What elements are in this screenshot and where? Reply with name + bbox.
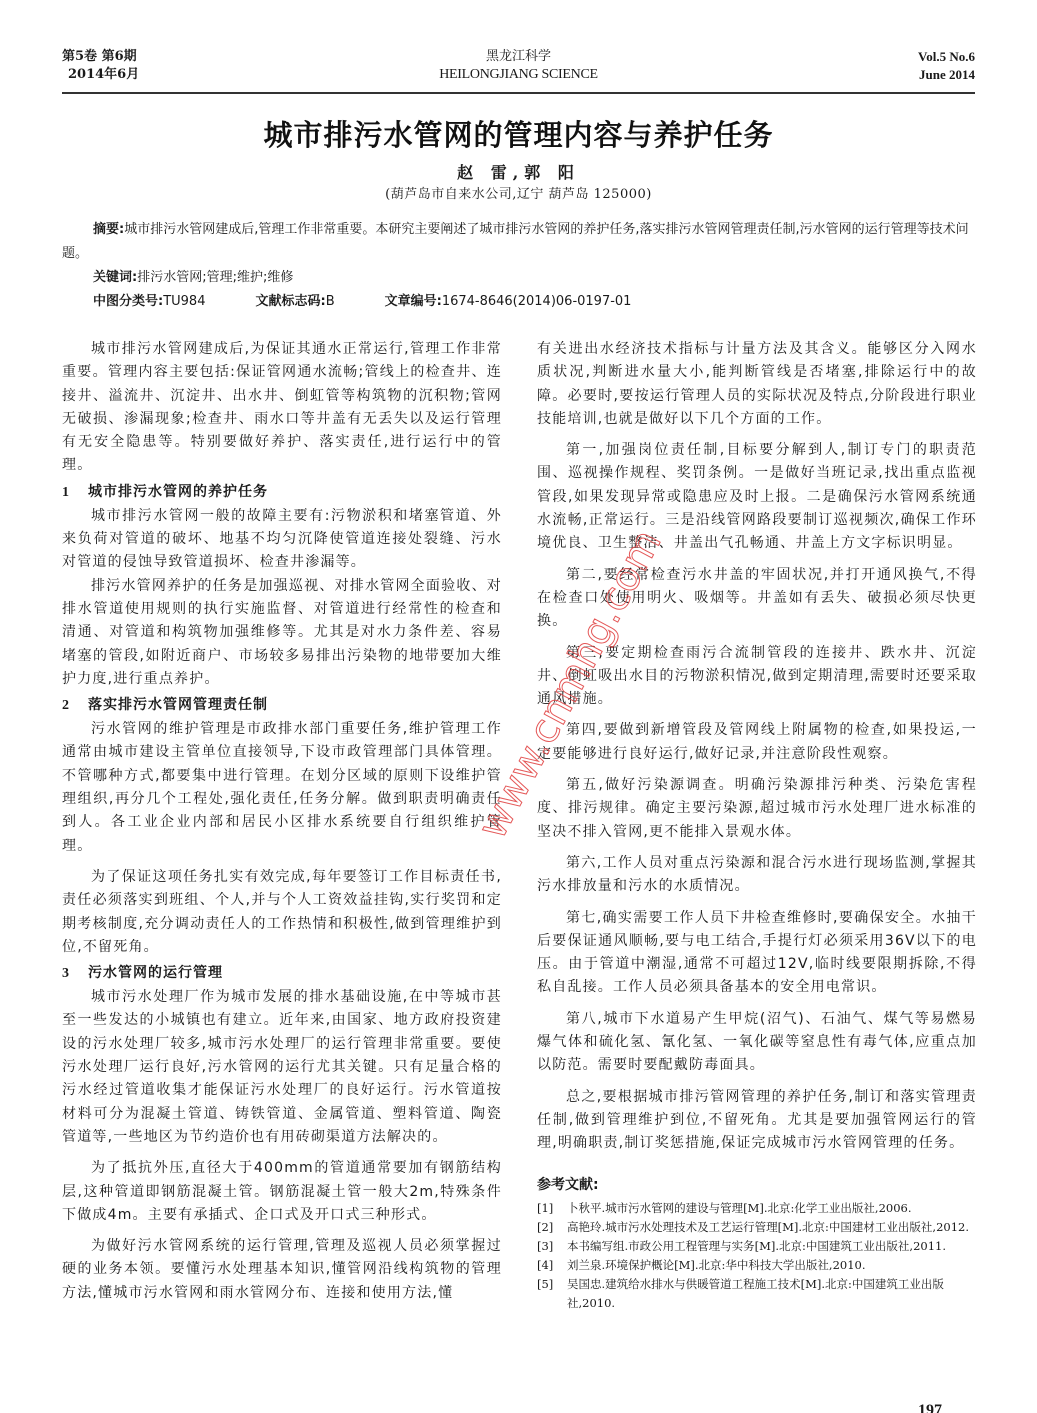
clc-value: TU984 [163,294,205,309]
journal-name-en: HEILONGJIANG SCIENCE [62,66,975,84]
section-2-paragraph: 污水管网的维护管理是市政排水部门重要任务,维护管理工作通常由城市建设主管单位直接… [62,718,502,858]
article-title: 城市排污水管网的管理内容与养护任务 [0,113,1037,154]
author-affiliation: (葫芦岛市自来水公司,辽宁 葫芦岛 125000) [0,183,1037,202]
issue-info-en: Vol.5 No.6 June 2014 [918,48,975,84]
issue-date-en: June 2014 [918,66,975,84]
doc-code-value: B [326,294,335,309]
reference-item: [4]刘兰泉.环境保护概论[M].北京:华中科技大学出版社,2010. [537,1256,977,1275]
section-1-paragraph: 排污水管网养护的任务是加强巡视、对排水管网全面验收、对排水管道使用规则的执行实施… [62,575,502,691]
section-3-paragraph: 为做好污水管网系统的运行管理,管理及巡视人员必须掌握过硬的业务本领。要懂污水处理… [62,1235,502,1305]
section-2-paragraph: 为了保证这项任务扎实有效完成,每年要签订工作目标责任书,责任必须落实到班组、个人… [62,866,502,959]
keywords-text: 排污水管网;管理;维护;维修 [137,270,293,285]
doc-code-label: 文献标志码: [255,294,325,309]
clc-label: 中图分类号: [93,294,163,309]
task-item: 第三,要定期检查雨污合流制管段的连接井、跌水井、沉淀井、倒虹吸出水目的污物淤积情… [537,642,977,712]
conclusion-paragraph: 总之,要根据城市排污管网管理的养护任务,制订和落实管理责任制,做到管理维护到位,… [537,1086,977,1156]
task-item: 第八,城市下水道易产生甲烷(沼气)、石油气、煤气等易燃易爆气体和硫化氢、氰化氢、… [537,1008,977,1078]
section-heading-3: 3污水管网的运行管理 [62,961,502,986]
abstract-text: 城市排污水管网建成后,管理工作非常重要。本研究主要阐述了城市排污水管网的养护任务… [62,222,969,261]
section-heading-2: 2落实排污水管网管理责任制 [62,693,502,718]
article-authors: 赵 雷,郭 阳 [0,160,1037,183]
section-3-paragraph: 城市污水处理厂作为城市发展的排水基础设施,在中等城市甚至一些发达的小城镇也有建立… [62,986,502,1149]
journal-header: 第5卷 第6期 2014年6月 黑龙江科学 HEILONGJIANG SCIEN… [62,48,975,93]
page-number: 197 [918,1402,942,1413]
task-item: 第一,加强岗位责任制,目标要分解到人,制订专门的职责范围、巡视操作规程、奖罚条例… [537,439,977,555]
continued-paragraph: 有关进出水经济技术指标与计量方法及其含义。能够区分入网水质状况,判断进水量大小,… [537,338,977,431]
task-item: 第七,确实需要工作人员下井检查维修时,要确保安全。水抽干后要保证通风顺畅,要与电… [537,907,977,1000]
references-section: 参考文献: [1]卜秋平.城市污水管网的建设与管理[M].北京:化学工业出版社,… [537,1174,977,1313]
abstract-block: 摘要:城市排污水管网建成后,管理工作非常重要。本研究主要阐述了城市排污水管网的养… [62,218,975,314]
reference-item: [2]高艳玲.城市污水处理技术及工艺运行管理[M].北京:中国建材工业出版社,2… [537,1218,977,1237]
body-left-column: 城市排污水管网建成后,为保证其通水正常运行,管理工作非常重要。管理内容主要包括:… [62,338,502,1305]
journal-name-cn: 黑龙江科学 [62,48,975,66]
task-item: 第六,工作人员对重点污染源和混合污水进行现场监测,掌握其污水排放量和污水的水质情… [537,852,977,899]
vol-no: Vol.5 No.6 [918,48,975,66]
keywords-label: 关键词: [93,270,137,285]
intro-paragraph: 城市排污水管网建成后,为保证其通水正常运行,管理工作非常重要。管理内容主要包括:… [62,338,502,478]
task-item: 第四,要做到新增管段及管网线上附属物的检查,如果投运,一定要能够进行良好运行,做… [537,719,977,766]
reference-item: [3]本书编写组.市政公用工程管理与实务[M].北京:中国建筑工业出版社,201… [537,1237,977,1256]
classification-line: 中图分类号:TU984文献标志码:B文章编号:1674-8646(2014)06… [62,290,975,314]
abstract: 摘要:城市排污水管网建成后,管理工作非常重要。本研究主要阐述了城市排污水管网的养… [62,218,975,266]
body-right-column: 有关进出水经济技术指标与计量方法及其含义。能够区分入网水质状况,判断进水量大小,… [537,338,977,1313]
journal-name: 黑龙江科学 HEILONGJIANG SCIENCE [62,48,975,84]
section-1-paragraph: 城市排污水管网一般的故障主要有:污物淤积和堵塞管道、外来负荷对管道的破坏、地基不… [62,505,502,575]
references-list: [1]卜秋平.城市污水管网的建设与管理[M].北京:化学工业出版社,2006. … [537,1199,977,1313]
reference-item: [1]卜秋平.城市污水管网的建设与管理[M].北京:化学工业出版社,2006. [537,1199,977,1218]
section-heading-1: 1城市排污水管网的养护任务 [62,480,502,505]
article-no-value: 1674-8646(2014)06-0197-01 [442,294,632,309]
task-item: 第二,要经常检查污水井盖的牢固状况,并打开通风换气,不得在检查口处使用明火、吸烟… [537,564,977,634]
header-divider [62,92,975,94]
reference-item: [5]吴国忠.建筑给水排水与供暖管道工程施工技术[M].北京:中国建筑工业出版社… [537,1275,977,1313]
references-heading: 参考文献: [537,1174,977,1197]
article-no-label: 文章编号: [385,294,442,309]
abstract-label: 摘要: [93,222,124,237]
task-item: 第五,做好污染源调查。明确污染源排污种类、污染危害程度、排污规律。确定主要污染源… [537,774,977,844]
keywords: 关键词:排污水管网;管理;维护;维修 [62,266,975,290]
section-3-paragraph: 为了抵抗外压,直径大于400mm的管道通常要加有钢筋结构层,这种管道即钢筋混凝土… [62,1157,502,1227]
